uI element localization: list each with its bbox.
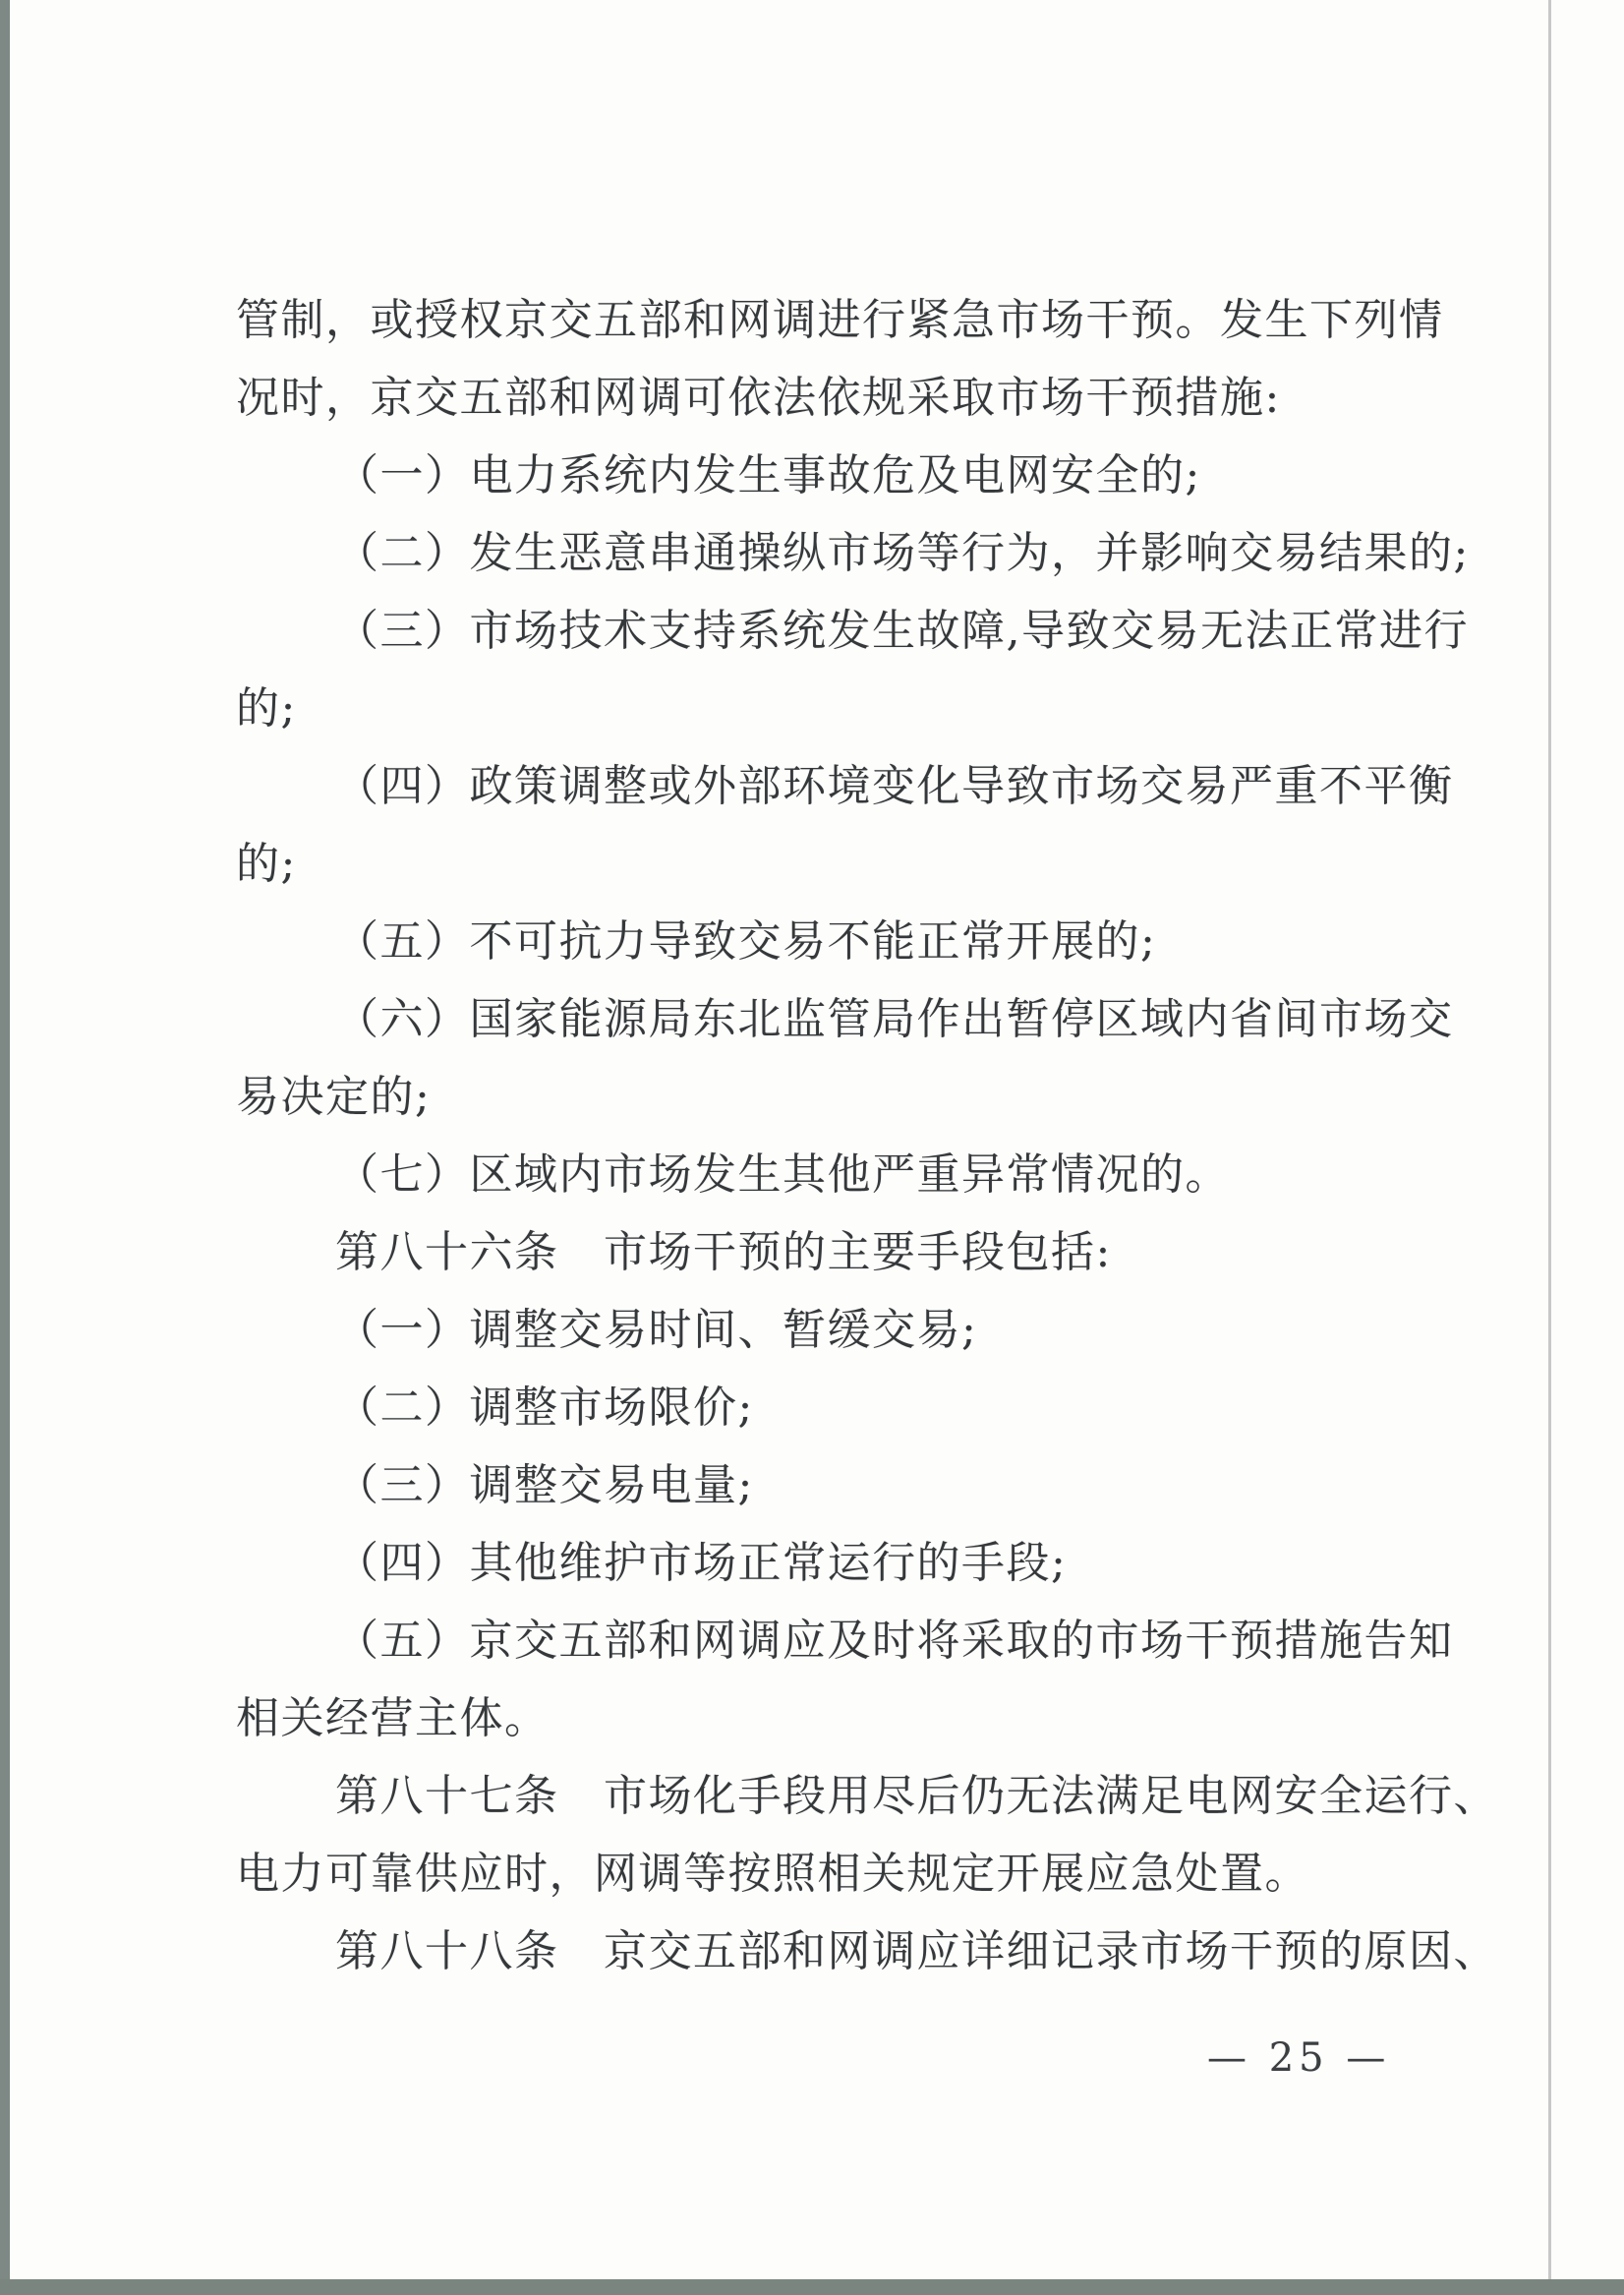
text-line: （四）其他维护市场正常运行的手段;: [236, 1524, 1445, 1602]
text-line: （六）国家能源局东北监管局作出暂停区域内省间市场交: [236, 980, 1445, 1058]
text-line: （二）发生恶意串通操纵市场等行为，并影响交易结果的;: [236, 514, 1445, 592]
text-line: （五）京交五部和网调应及时将采取的市场干预措施告知: [236, 1602, 1445, 1679]
text-line: （四）政策调整或外部环境变化导致市场交易严重不平衡: [236, 747, 1445, 825]
page-number: — 25 —: [1207, 2035, 1390, 2081]
text-line: （一）调整交易时间、暂缓交易;: [236, 1291, 1445, 1369]
scan-edge-bottom: [0, 2279, 1624, 2295]
text-line: 第八十六条 市场干预的主要手段包括:: [236, 1213, 1445, 1291]
text-line: 况时，京交五部和网调可依法依规采取市场干预措施:: [236, 359, 1445, 437]
text-line: （七）区域内市场发生其他严重异常情况的。: [236, 1136, 1445, 1213]
text-line: （三）调整交易电量;: [236, 1446, 1445, 1524]
document-body-text: 管制，或授权京交五部和网调进行紧急市场干预。发生下列情 况时，京交五部和网调可依…: [236, 281, 1445, 1990]
scanned-document-page: 管制，或授权京交五部和网调进行紧急市场干预。发生下列情 况时，京交五部和网调可依…: [0, 0, 1624, 2295]
text-line: 的;: [236, 825, 1445, 903]
scan-edge-left: [0, 0, 10, 2295]
text-line: 易决定的;: [236, 1058, 1445, 1136]
page-fold-line: [1548, 0, 1551, 2295]
text-line: （三）市场技术支持系统发生故障,导致交易无法正常进行: [236, 592, 1445, 670]
text-line: 电力可靠供应时，网调等按照相关规定开展应急处置。: [236, 1835, 1445, 1912]
text-line: （一）电力系统内发生事故危及电网安全的;: [236, 437, 1445, 514]
text-line: 相关经营主体。: [236, 1679, 1445, 1757]
text-line: （二）调整市场限价;: [236, 1369, 1445, 1446]
text-line: 第八十八条 京交五部和网调应详细记录市场干预的原因、: [236, 1912, 1445, 1990]
text-line: 的;: [236, 670, 1445, 747]
text-line: （五）不可抗力导致交易不能正常开展的;: [236, 903, 1445, 980]
text-line: 第八十七条 市场化手段用尽后仍无法满足电网安全运行、: [236, 1757, 1445, 1835]
text-line: 管制，或授权京交五部和网调进行紧急市场干预。发生下列情: [236, 281, 1445, 359]
